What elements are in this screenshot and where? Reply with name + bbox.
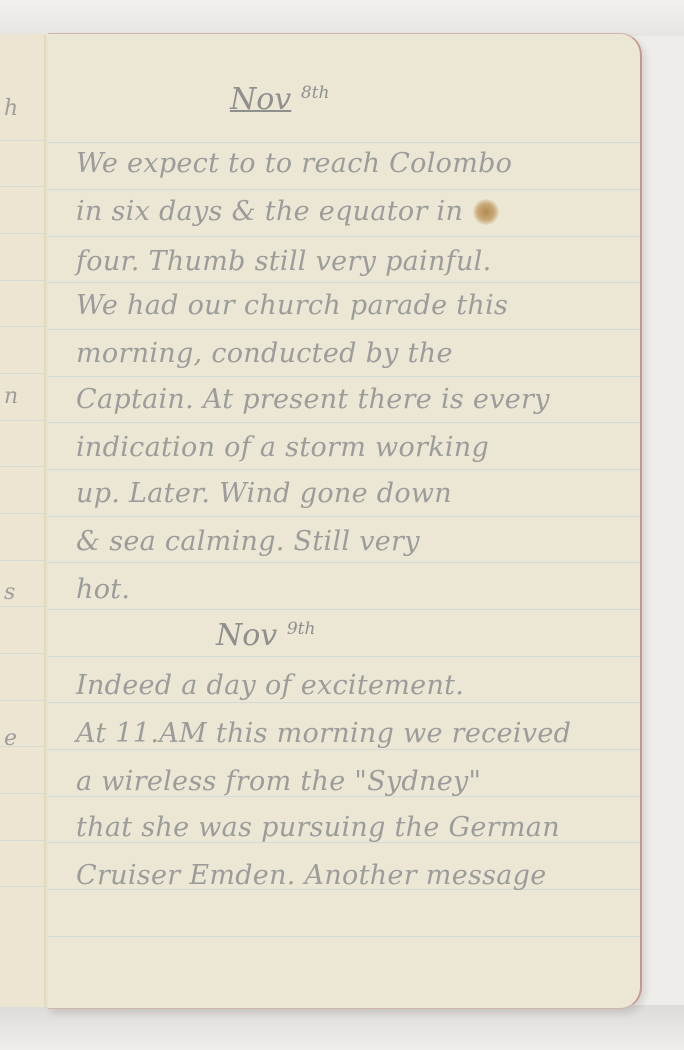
ruled-line bbox=[48, 469, 640, 470]
ruled-line bbox=[0, 233, 46, 234]
ruled-line bbox=[0, 140, 46, 141]
entry-line: morning, conducted by the bbox=[76, 340, 453, 367]
background-bottom bbox=[0, 1005, 684, 1050]
ruled-line bbox=[0, 653, 46, 654]
facing-text-fragment: n bbox=[4, 384, 18, 409]
background-top bbox=[0, 0, 684, 36]
entry-line: that she was pursuing the German bbox=[76, 814, 560, 841]
ruled-line bbox=[0, 420, 46, 421]
date-day: 9th bbox=[287, 619, 316, 639]
entry-line: up. Later. Wind gone down bbox=[76, 480, 452, 507]
ruled-line bbox=[48, 142, 640, 143]
entry-line: Indeed a day of excitement. bbox=[76, 672, 464, 699]
ruled-line bbox=[48, 609, 640, 610]
facing-page: h n s e bbox=[0, 34, 47, 1007]
ruled-line bbox=[48, 189, 640, 190]
stain-mark bbox=[473, 199, 499, 225]
ruled-line bbox=[0, 466, 46, 467]
entry-line: hot. bbox=[76, 576, 130, 603]
diary-page: Nov 8th We expect to to reach Colombo in… bbox=[48, 33, 642, 1009]
entry-date-nov-9: Nov 9th bbox=[216, 618, 315, 653]
ruled-line bbox=[48, 516, 640, 517]
facing-text-fragment: s bbox=[4, 580, 15, 605]
ruled-line bbox=[0, 280, 46, 281]
entry-line: Captain. At present there is every bbox=[76, 386, 550, 413]
entry-line: four. Thumb still very painful. bbox=[76, 248, 491, 275]
entry-line: We had our church parade this bbox=[76, 292, 508, 319]
ruled-line bbox=[0, 700, 46, 701]
ruled-line bbox=[48, 236, 640, 237]
entry-line: Cruiser Emden. Another message bbox=[76, 862, 547, 889]
ruled-line bbox=[0, 373, 46, 374]
date-month: Nov bbox=[230, 82, 291, 117]
ruled-line bbox=[48, 562, 640, 563]
ruled-line bbox=[48, 702, 640, 703]
entry-line: a wireless from the "Sydney" bbox=[76, 768, 481, 795]
entry-line: At 11.AM this morning we received bbox=[76, 720, 571, 747]
ruled-line bbox=[48, 656, 640, 657]
ruled-line bbox=[0, 793, 46, 794]
ruled-line bbox=[0, 513, 46, 514]
ruled-line bbox=[48, 282, 640, 283]
ruled-line bbox=[48, 936, 640, 937]
ruled-line bbox=[0, 186, 46, 187]
entry-line: We expect to to reach Colombo bbox=[76, 150, 512, 177]
entry-date-nov-8: Nov 8th bbox=[230, 82, 329, 117]
ruled-line bbox=[48, 422, 640, 423]
date-month: Nov bbox=[216, 618, 277, 653]
ruled-line bbox=[0, 606, 46, 607]
entry-line: in six days & the equator in bbox=[76, 198, 463, 225]
ruled-line bbox=[48, 329, 640, 330]
entry-line: indication of a storm working bbox=[76, 434, 489, 461]
facing-text-fragment: e bbox=[4, 726, 17, 751]
facing-text-fragment: h bbox=[4, 96, 18, 121]
date-day: 8th bbox=[301, 83, 330, 103]
ruled-line bbox=[0, 560, 46, 561]
ruled-line bbox=[48, 749, 640, 750]
ruled-line bbox=[0, 840, 46, 841]
ruled-line bbox=[0, 886, 46, 887]
ruled-line bbox=[0, 326, 46, 327]
entry-line: & sea calming. Still very bbox=[76, 528, 420, 555]
ruled-line bbox=[48, 376, 640, 377]
